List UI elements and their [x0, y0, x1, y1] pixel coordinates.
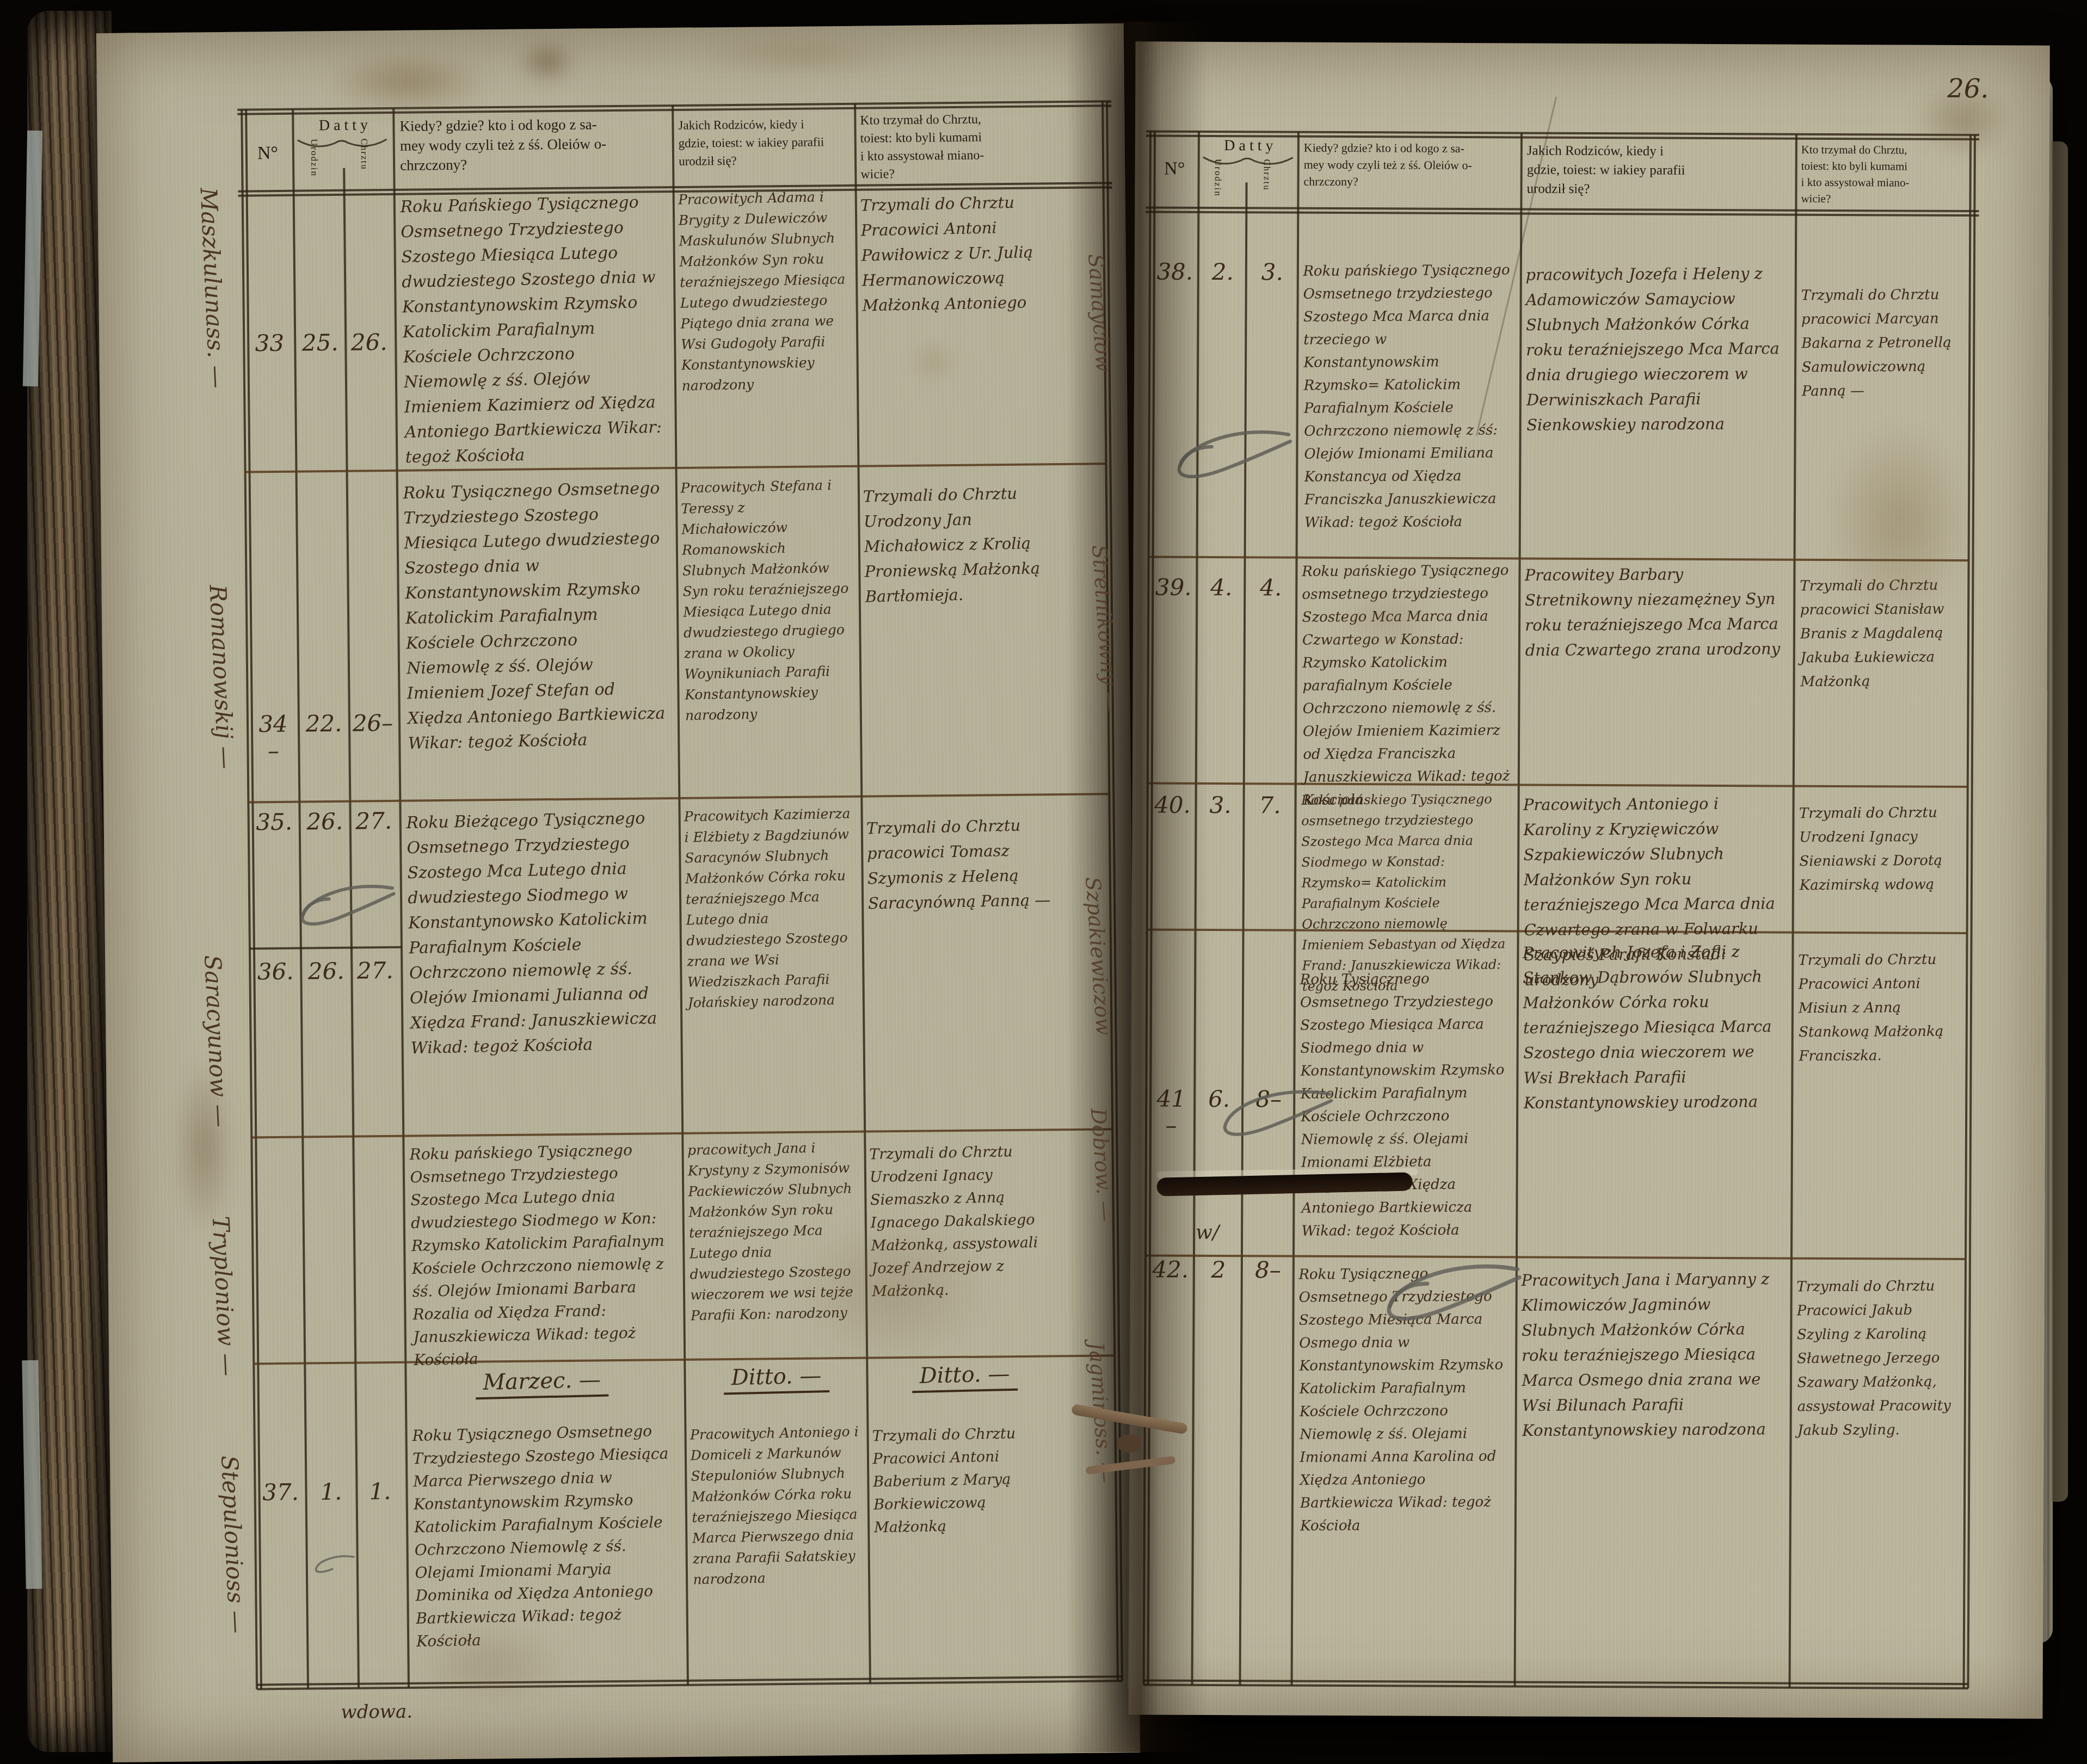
rodzice-cell: Pracowitych Kazimierza i Elżbiety z Bagd…: [684, 803, 860, 1013]
baptism-date: 8–: [1243, 1256, 1292, 1283]
pencil-checkmark-icon: [1215, 1084, 1341, 1150]
baptized-column-header: Chrztu: [1261, 159, 1272, 208]
baptism-date: 3.: [1248, 258, 1297, 285]
baptism-date: 27.: [351, 957, 399, 984]
marginal-mark: w/: [1196, 1222, 1219, 1244]
pencil-checkmark-icon: [296, 879, 400, 937]
rodzice-cell: pracowitych Jana i Krystyny z Szymonisów…: [687, 1137, 863, 1326]
kumowie-cell: Trzymali do Chrztu Pracowici Antoni Misi…: [1798, 947, 1962, 1068]
kiedy-header: Kiedy? gdzie? kto i od kogo z sa- mey wo…: [399, 114, 668, 175]
pencil-checkmark-icon: [1380, 1234, 1528, 1360]
rodzice-cell: Pracowitych Antoniego i Domiceli z Marku…: [690, 1421, 865, 1590]
left-page: N° D a t t y Urodzin Chrztu Kiedy? gdzie…: [96, 23, 1140, 1762]
kumowie-cell: Trzymali do Chrztu Urodzeni Ignacy Sieni…: [1799, 800, 1963, 897]
pencil-checkmark-icon: [313, 1549, 358, 1582]
kumowie-cell: Trzymali do Chrztu Pracowici Antoni Pawi…: [860, 189, 1048, 318]
baptism-date: 27.: [349, 807, 397, 835]
kumowie-cell: Trzymali do Chrztu pracowici Stanisław B…: [1800, 573, 1963, 694]
kumowie-cell: Trzymali do Chrztu Pracowici Antoni Babe…: [872, 1422, 1059, 1540]
birth-date: 2: [1196, 1256, 1241, 1283]
month-header: Ditto. —: [872, 1360, 1057, 1390]
right-page: 26. N° D a t t y Urodzin Chrztu Kiedy? g…: [1128, 41, 2049, 1718]
daty-header: D a t t y: [293, 116, 393, 135]
month-header: Ditto. —: [690, 1362, 863, 1391]
kumowie-cell: Trzymali do Chrztu pracowici Marcyan Bak…: [1801, 282, 1965, 403]
kiedy-cell: Roku Tysiącznego Osmsetnego Trzydziesteg…: [403, 476, 666, 756]
kiedy-cell: Roku Pańskiego Tysiącznego Osmsetnego Tr…: [400, 190, 663, 470]
stray-footnote: wdowa.: [341, 1701, 413, 1723]
kumowie-cell: Trzymali do Chrztu pracowici Tomasz Szym…: [866, 812, 1054, 916]
entry-number: 41 –: [1148, 1085, 1194, 1138]
rodzice-cell: Pracowitych Adama i Brygity z Dulewiczów…: [678, 186, 854, 396]
baptism-date: 7.: [1245, 792, 1294, 818]
rodzice-header: Jakich Rodziców, kiedy i gdzie, toiest: …: [678, 115, 852, 170]
binding-thread-icon: [1117, 1434, 1142, 1453]
born-column-header: Urodzin: [309, 139, 320, 190]
entry-number: 38.: [1152, 258, 1198, 285]
kiedy-cell: Roku pańskiego Tysiącznego osmsetnego tr…: [1301, 788, 1513, 996]
page-number: 26.: [1947, 73, 1989, 104]
daty-header: D a t t y: [1199, 137, 1298, 155]
kiedy-cell: Roku pańskiego Tysiącznego osmsetnego tr…: [1302, 559, 1515, 811]
entry-number: 36.: [252, 958, 299, 985]
no-header: N°: [242, 143, 293, 164]
baptism-date: 26.: [345, 329, 393, 356]
kiedy-header: Kiedy? gdzie? kto i od kogo z sa- mey wo…: [1304, 139, 1519, 191]
birth-date: 1.: [308, 1478, 354, 1506]
kumowie-header: Kto trzymał do Chrztu, toiest: kto byli …: [860, 109, 1100, 183]
entry-number: 37.: [257, 1479, 304, 1506]
baptism-date: 4.: [1246, 574, 1295, 601]
birth-date: 2.: [1200, 258, 1246, 285]
kiedy-cell: Roku Tysiącznego Osmsetnego Trzydziesteg…: [412, 1420, 674, 1653]
rodzice-cell: Pracowitych Jana i Maryanny z Klimowiczó…: [1521, 1266, 1784, 1443]
pencil-checkmark-icon: [1172, 417, 1297, 499]
kiedy-cell: Roku Bieżącego Tysiącznego Osmsetnego Tr…: [406, 806, 669, 1061]
kiedy-cell: Roku pańskiego Tysiącznego Osmsetnego tr…: [1303, 258, 1516, 534]
birth-date: 26.: [301, 808, 347, 835]
entry-number: 35.: [250, 809, 297, 836]
kumowie-header: Kto trzymał do Chrztu, toiest: kto byli …: [1801, 141, 1968, 207]
rodzice-cell: Pracowitey Barbary Stretnikowny niezamęż…: [1525, 561, 1788, 663]
birth-date: 26.: [303, 958, 349, 985]
entry-number: 40.: [1149, 791, 1195, 818]
rodzice-cell: Pracowitych Stefana i Teressy z Michałow…: [680, 474, 857, 726]
born-column-header: Urodzin: [1212, 159, 1223, 208]
kumowie-cell: Trzymali do Chrztu Urodzony Jan Michałow…: [863, 480, 1051, 609]
right-page-edge-stack: [2052, 141, 2068, 1502]
birth-date: 3.: [1197, 792, 1243, 818]
rodzice-cell: pracowitych Jozefa i Heleny z Adamowiczó…: [1525, 261, 1789, 437]
birth-date: 25.: [297, 329, 343, 356]
book-scan-photo: N° D a t t y Urodzin Chrztu Kiedy? gdzie…: [0, 0, 2087, 1764]
baptism-date: 26–: [349, 710, 397, 737]
kiedy-cell: Roku pańskiego Tysiącznego Osmsetnego Tr…: [409, 1138, 672, 1372]
kumowie-cell: Trzymali do Chrztu Pracowici Jakub Szyli…: [1796, 1274, 1961, 1442]
birth-date: 4.: [1198, 574, 1244, 601]
rodzice-header: Jakich Rodziców, kiedy i gdzie, toiest: …: [1526, 141, 1791, 199]
baptized-column-header: Chrztu: [359, 138, 370, 190]
entry-number: 39.: [1150, 573, 1196, 600]
no-header: N°: [1150, 158, 1199, 179]
rodzice-cell: Pracowitych Jozefa i Zofii z Stankow Dąb…: [1523, 939, 1786, 1115]
entry-number: 34 –: [250, 711, 297, 764]
entry-number: 33: [246, 330, 293, 357]
kumowie-cell: Trzymali do Chrztu Urodzeni Ignacy Siema…: [869, 1140, 1057, 1304]
baptism-date: 1.: [356, 1478, 404, 1505]
birth-date: 22.: [301, 710, 347, 737]
entry-number: 42.: [1148, 1256, 1193, 1282]
